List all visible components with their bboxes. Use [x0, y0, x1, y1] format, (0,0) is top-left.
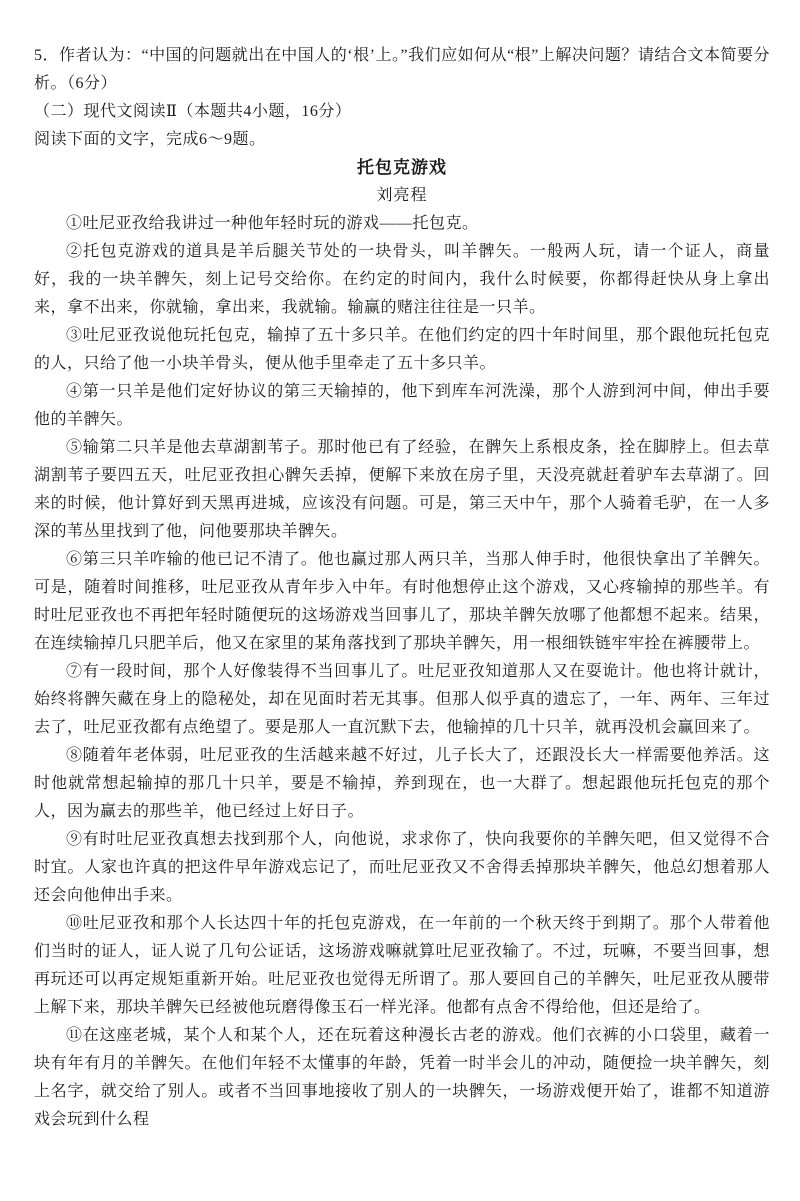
section-heading: （二）现代文阅读Ⅱ（本题共4小题，16分）: [34, 98, 770, 126]
article-title: 托包克游戏: [34, 154, 770, 182]
article-paragraph-8: ⑧随着年老体弱，吐尼亚孜的生活越来越不好过，儿子长大了，还跟没长大一样需要他养活…: [34, 742, 770, 826]
article-paragraph-10: ⑩吐尼亚孜和那个人长达四十年的托包克游戏，在一年前的一个秋天终于到期了。那个人带…: [34, 910, 770, 1022]
question-5-text: 5．作者认为：“中国的问题就出在中国人的‘根’上。”我们应如何从“根”上解决问题…: [34, 42, 770, 98]
exam-page: 5．作者认为：“中国的问题就出在中国人的‘根’上。”我们应如何从“根”上解决问题…: [0, 0, 800, 1201]
article-paragraph-5: ⑤输第二只羊是他去草湖割苇子。那时他已有了经验，在髀矢上系根皮条，拴在脚脖上。但…: [34, 434, 770, 546]
reading-instruction: 阅读下面的文字，完成6～9题。: [34, 126, 770, 154]
article-paragraph-4: ④第一只羊是他们定好协议的第三天输掉的，他下到库车河洗澡，那个人游到河中间，伸出…: [34, 378, 770, 434]
article-paragraph-11: ⑪在这座老城，某个人和某个人，还在玩着这种漫长古老的游戏。他们衣裤的小口袋里，藏…: [34, 1022, 770, 1134]
article-paragraph-3: ③吐尼亚孜说他玩托包克，输掉了五十多只羊。在他们约定的四十年时间里，那个跟他玩托…: [34, 322, 770, 378]
article-paragraph-9: ⑨有时吐尼亚孜真想去找到那个人，向他说，求求你了，快向我要你的羊髀矢吧，但又觉得…: [34, 826, 770, 910]
article-paragraph-7: ⑦有一段时间，那个人好像装得不当回事儿了。吐尼亚孜知道那人又在耍诡计。他也将计就…: [34, 658, 770, 742]
article-paragraph-6: ⑥第三只羊咋输的他已记不清了。他也赢过那人两只羊，当那人伸手时，他很快拿出了羊髀…: [34, 546, 770, 658]
article-author: 刘亮程: [34, 182, 770, 210]
article-paragraph-1: ①吐尼亚孜给我讲过一种他年轻时玩的游戏——托包克。: [34, 210, 770, 238]
article-paragraph-2: ②托包克游戏的道具是羊后腿关节处的一块骨头，叫羊髀矢。一般两人玩，请一个证人，商…: [34, 238, 770, 322]
